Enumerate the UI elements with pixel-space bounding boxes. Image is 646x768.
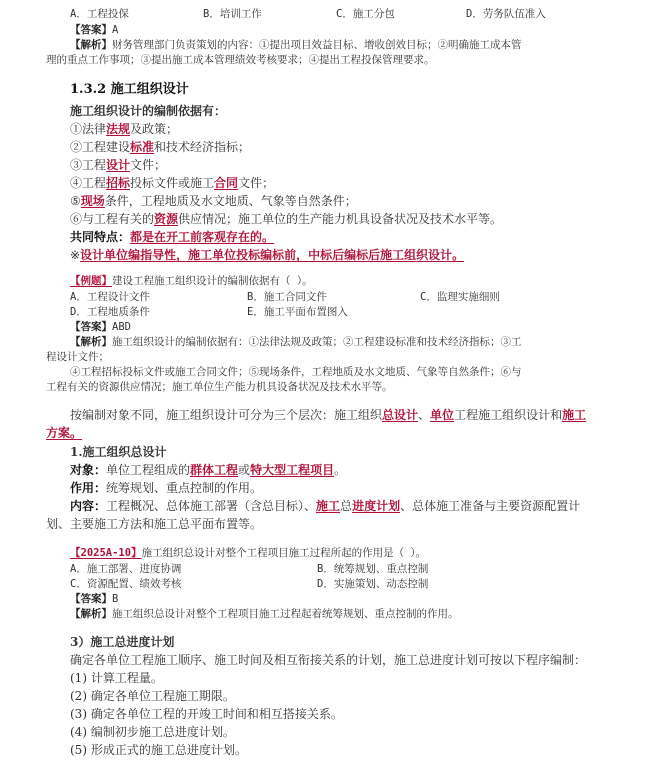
example-analysis-line3: ④工程招标投标文件或施工合同文件；⑤现场条件，工程地质及水文地质、气象等自然条件…: [70, 364, 522, 380]
exam-option-b: B．统筹规划、重点控制: [317, 561, 428, 577]
levels-line2: 方案。: [46, 424, 82, 442]
overall-content-line1: 内容：工程概况、总体施工部署（含总目标）、施工总进度计划、总体施工准备与主要资源…: [70, 497, 580, 515]
prev-option-b: B．培训工作: [203, 6, 262, 22]
schedule-heading: 3）施工总进度计划: [70, 633, 174, 651]
prev-answer: 【答案】A: [70, 22, 118, 38]
exam-option-a: A．施工部署、进度协调: [70, 561, 181, 577]
prev-option-c: C．施工分包: [336, 6, 395, 22]
example-question: 【例题】建设工程施工组织设计的编制依据有（ ）。: [70, 273, 313, 289]
example-option-b: B．施工合同文件: [247, 289, 327, 305]
schedule-step-2: (2) 确定各单位工程施工期限。: [70, 687, 235, 705]
example-option-c: C．监理实施细则: [420, 289, 500, 305]
prev-analysis-line2: 理的重点工作事项；③提出施工成本管理绩效考核要求；④提出工程投保管理要求。: [46, 52, 435, 68]
example-answer: 【答案】ABD: [70, 319, 131, 335]
prev-option-a: A．工程投保: [70, 6, 129, 22]
example-option-d: D．工程地质条件: [70, 304, 150, 320]
example-option-e: E．施工平面布置图入: [247, 304, 348, 320]
example-analysis-line4: 工程有关的资源供应情况；施工单位生产能力机具设备状况及技术水平等。: [46, 379, 393, 395]
example-analysis-line2: 程设计文件；: [46, 349, 109, 365]
basis-item-1: ①法律法规及政策；: [70, 120, 178, 138]
overall-content-line2: 划、主要施工方法和施工总平面布置等。: [46, 515, 262, 533]
overall-heading: 1.施工组织总设计: [70, 443, 167, 461]
exam-answer: 【答案】B: [70, 591, 118, 607]
schedule-step-5: (5) 形成正式的施工总进度计划。: [70, 741, 247, 759]
section-title: 1.3.2 施工组织设计: [70, 82, 189, 98]
basis-heading: 施工组织设计的编制依据有：: [70, 102, 226, 120]
exam-question: 【2025A-10】施工组织总设计对整个工程项目施工过程所起的作用是（ ）。: [70, 545, 426, 561]
basis-item-3: ③工程设计文件；: [70, 156, 166, 174]
note: ※设计单位编指导性，施工单位投标编标前，中标后编标后施工组织设计。: [70, 246, 464, 264]
example-analysis-line1: 【解析】施工组织设计的编制依据有：①法律法规及政策；②工程建设标准和技术经济指标…: [70, 334, 522, 350]
basis-item-6: ⑥与工程有关的资源供应情况；施工单位的生产能力机具设备状况及技术水平等。: [70, 210, 502, 228]
schedule-step-1: (1) 计算工程量。: [70, 669, 163, 687]
basis-item-2: ②工程建设标准和技术经济指标；: [70, 138, 250, 156]
basis-item-5: ⑤现场条件，工程地质及水文地质、气象等自然条件；: [70, 192, 357, 210]
basis-item-4: ④工程招标投标文件或施工合同文件；: [70, 174, 274, 192]
prev-option-d: D．劳务队伍准入: [466, 6, 546, 22]
schedule-step-3: (3) 确定各单位工程的开竣工时间和相互搭接关系。: [70, 705, 343, 723]
schedule-intro: 确定各单位工程施工顺序、施工时间及相互衔接关系的计划，施工总进度计划可按以下程序…: [70, 651, 586, 669]
schedule-step-4: (4) 编制初步施工总进度计划。: [70, 723, 235, 741]
example-option-a: A．工程设计文件: [70, 289, 150, 305]
levels-line1: 按编制对象不同，施工组织设计可分为三个层次：施工组织总设计、单位工程施工组织设计…: [70, 406, 586, 424]
overall-object: 对象：单位工程组成的群体工程或特大型工程项目。: [70, 461, 346, 479]
prev-analysis-line1: 【解析】财务管理部门负责策划的内容：①提出项目效益目标、增收创效目标；②明确施工…: [70, 37, 522, 53]
exam-option-d: D．实施策划、动态控制: [317, 576, 428, 592]
exam-option-c: C．资源配置、绩效考核: [70, 576, 181, 592]
common-feature: 共同特点：都是在开工前客观存在的。: [70, 228, 274, 246]
exam-analysis: 【解析】施工组织总设计对整个工程项目施工过程起着统筹规划、重点控制的作用。: [70, 606, 459, 622]
overall-role: 作用：统筹规划、重点控制的作用。: [70, 479, 262, 497]
